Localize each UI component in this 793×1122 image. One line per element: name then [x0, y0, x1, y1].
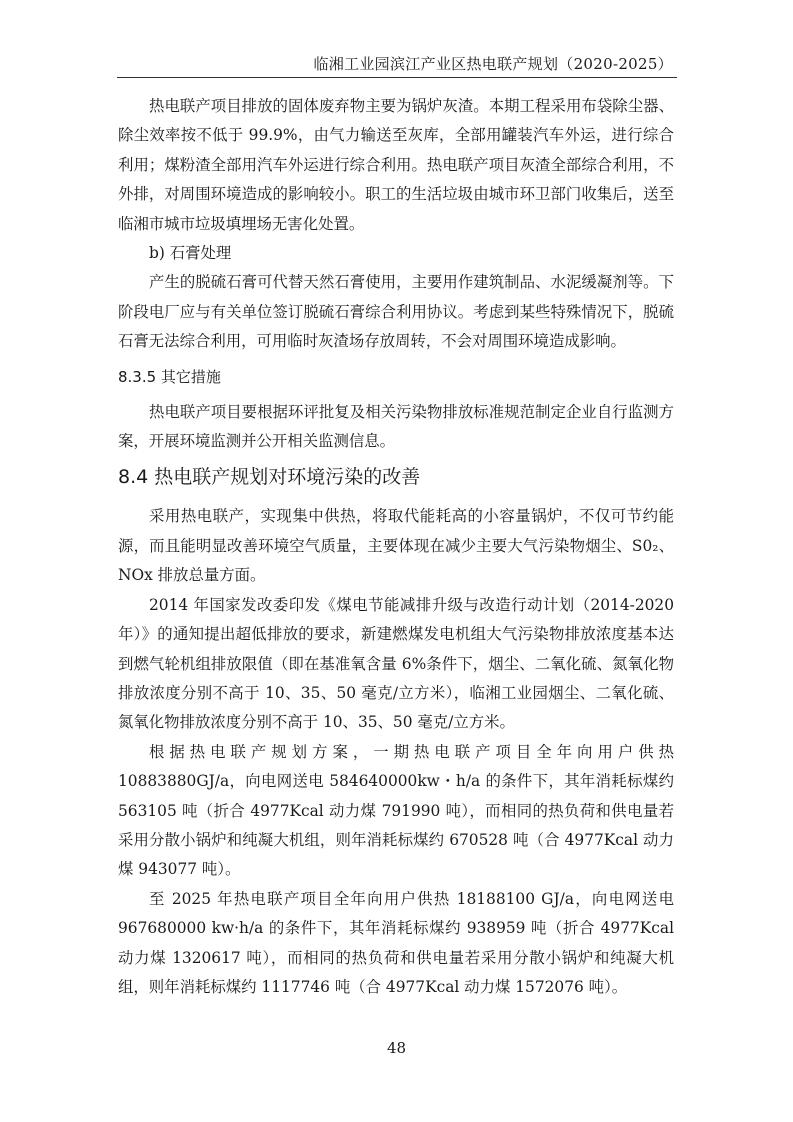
- paragraph-gypsum: 产生的脱硫石膏可代替天然石膏使用，主要用作建筑制品、水泥缓凝剂等。下阶段电厂应与…: [118, 268, 674, 356]
- section-heading-8-3-5: 8.3.5 其它措施: [118, 363, 674, 392]
- page-body: 热电联产项目排放的固体废弃物主要为锅炉灰渣。本期工程采用布袋除尘器、除尘效率按不…: [118, 92, 674, 1002]
- paragraph-ultra-low-emission: 2014 年国家发改委印发《煤电节能减排升级与改造行动计划（2014-2020 …: [118, 591, 674, 738]
- paragraph-phase-one: 根据热电联产规划方案，一期热电联产项目全年向用户供热 10883880GJ/a，…: [118, 738, 674, 885]
- paragraph-solid-waste: 热电联产项目排放的固体废弃物主要为锅炉灰渣。本期工程采用布袋除尘器、除尘效率按不…: [118, 92, 674, 239]
- document-title: 临湘工业园滨江产业区热电联产规划（2020-2025）: [313, 53, 673, 74]
- page-header: 临湘工业园滨江产业区热电联产规划（2020-2025）: [117, 50, 677, 78]
- list-item-gypsum: b) 石膏处理: [118, 239, 674, 268]
- page-number: 48: [0, 1039, 793, 1057]
- section-heading-8-4: 8.4 热电联产规划对环境污染的改善: [118, 462, 674, 492]
- paragraph-2025: 至 2025 年热电联产项目全年向用户供热 18188100 GJ/a，向电网送…: [118, 885, 674, 1003]
- paragraph-monitoring: 热电联产项目要根据环评批复及相关污染物排放标准规范制定企业自行监测方案，开展环境…: [118, 398, 674, 457]
- paragraph-cogeneration-benefit: 采用热电联产，实现集中供热，将取代能耗高的小容量锅炉，不仅可节约能源，而且能明显…: [118, 502, 674, 590]
